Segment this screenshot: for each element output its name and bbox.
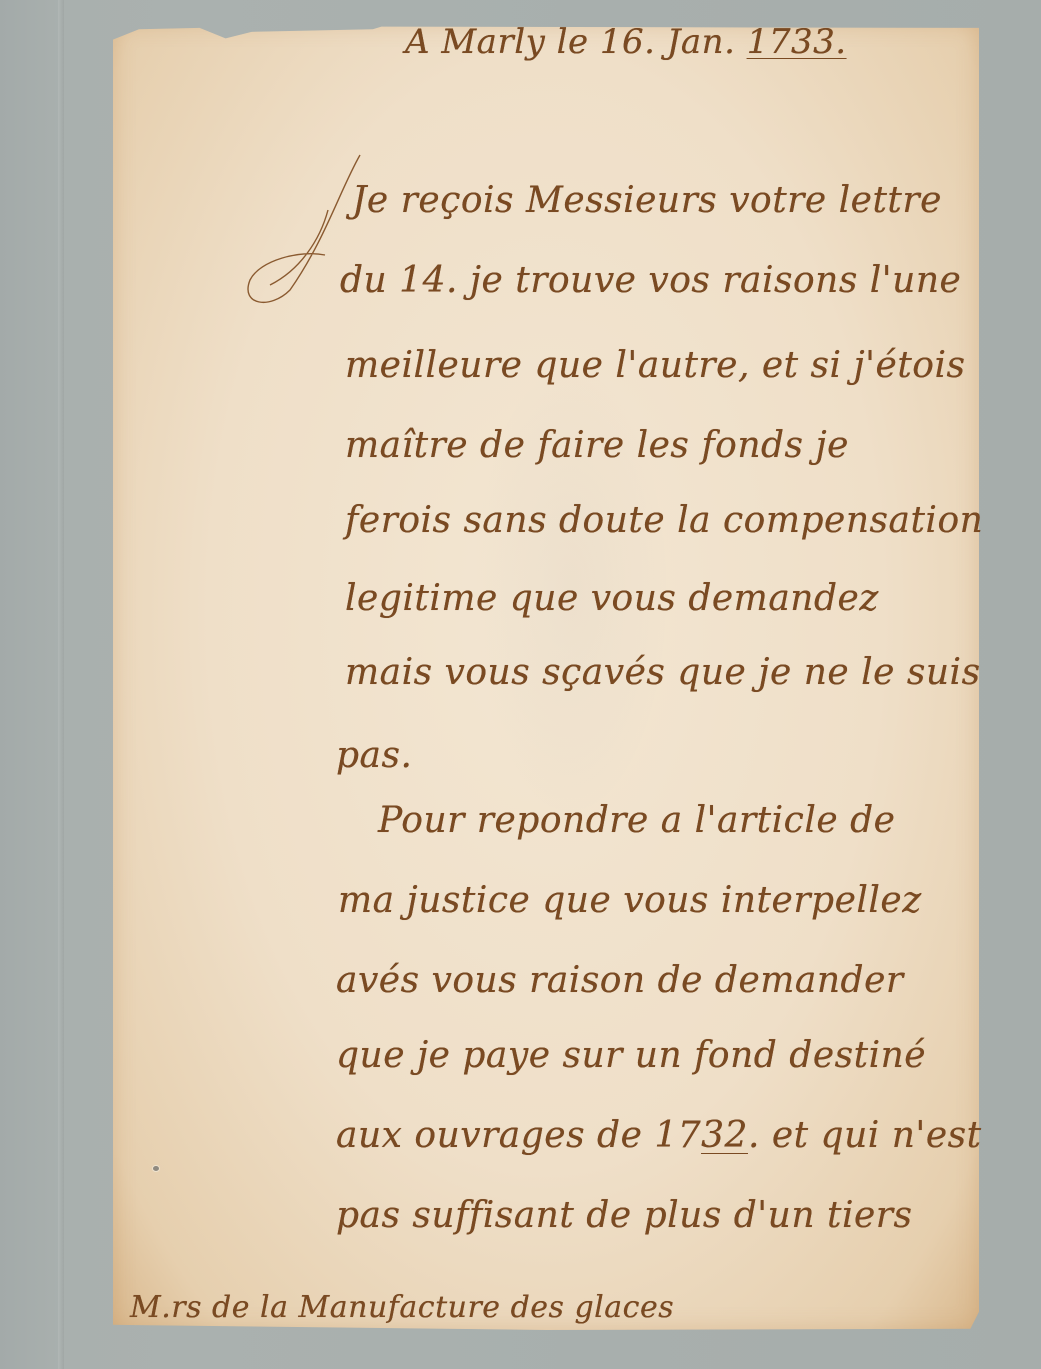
letter-line-5: ferois sans doute la compensation: [345, 500, 983, 541]
line-13-year-underlined: 32: [701, 1115, 748, 1156]
letter-line-11: avés vous raison de demander: [336, 960, 904, 1001]
letter-line-13: aux ouvrages de 1732. et qui n'est: [336, 1115, 982, 1156]
dateline-year: 1733.: [747, 22, 847, 62]
letter-line-3: meilleure que l'autre, et si j'étois: [345, 345, 965, 386]
dateline-place-date: A Marly le 16. Jan.: [405, 22, 735, 62]
letter-line-9: Pour repondre a l'article de: [378, 800, 895, 841]
dateline: A Marly le 16. Jan. 1733.: [405, 22, 847, 62]
addressee-line: M.rs de la Manufacture des glaces: [130, 1290, 674, 1325]
letter-line-6: legitime que vous demandez: [345, 578, 879, 619]
paper-hole: [153, 1166, 159, 1171]
line-13-start: aux ouvrages de 17: [336, 1115, 701, 1156]
letter-line-10: ma justice que vous interpellez: [338, 880, 922, 921]
letter-line-14: pas suffisant de plus d'un tiers: [336, 1195, 912, 1236]
letter-line-4: maître de faire les fonds je: [345, 425, 849, 466]
letter-line-12: que je paye sur un fond destiné: [336, 1035, 926, 1076]
line-13-end: . et qui n'est: [748, 1115, 982, 1156]
mount-fold: [58, 0, 64, 1369]
letter-line-8: pas.: [336, 735, 412, 776]
letter-line-2: du 14. je trouve vos raisons l'une: [340, 260, 961, 301]
letter-line-7: mais vous sçavés que je ne le suis: [345, 652, 981, 693]
letter-line-1: Je reçois Messieurs votre lettre: [352, 180, 942, 221]
